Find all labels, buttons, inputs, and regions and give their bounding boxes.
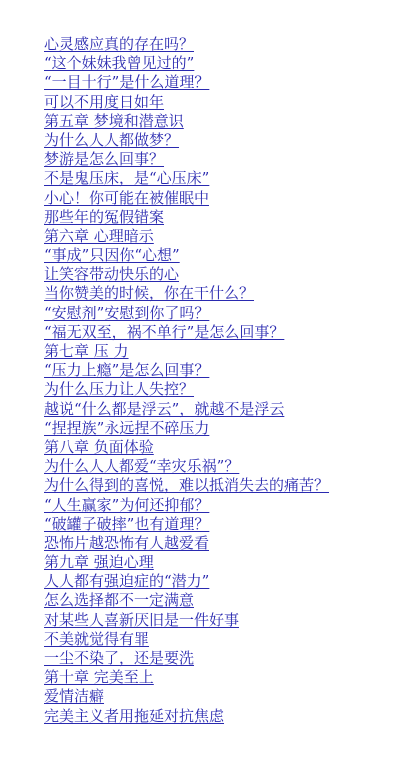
toc-section-item: 为什么人人都爱“幸灾乐祸”？	[44, 457, 329, 476]
toc-section-item: “捏捏族”永远捏不碎压力	[44, 419, 329, 438]
toc-section-item: 那些年的冤假错案	[44, 208, 329, 227]
toc-chapter-item: 第八章 负面体验	[44, 438, 329, 457]
section-link[interactable]: 小心！你可能在被催眠中	[44, 189, 209, 207]
section-link[interactable]: 不美就觉得有罪	[44, 630, 149, 648]
section-link[interactable]: 怎么选择都不一定满意	[44, 591, 194, 609]
chapter-link[interactable]: 第九章 强迫心理	[44, 553, 154, 571]
toc-section-item: 不是鬼压床，是“心压床”	[44, 169, 329, 188]
toc-section-item: 为什么得到的喜悦，难以抵消失去的痛苦？	[44, 476, 329, 495]
section-link[interactable]: 为什么得到的喜悦，难以抵消失去的痛苦？	[44, 476, 329, 494]
section-link[interactable]: “福无双至，祸不单行”是怎么回事？	[44, 323, 284, 341]
toc-section-item: “安慰剂”安慰到你了吗？	[44, 304, 329, 323]
section-link[interactable]: 心灵感应真的存在吗？	[44, 35, 194, 53]
toc-section-item: 让笑容带动快乐的心	[44, 265, 329, 284]
toc-chapter-item: 第十章 完美至上	[44, 668, 329, 687]
toc-chapter-item: 第五章 梦境和潜意识	[44, 112, 329, 131]
toc-section-item: 恐怖片越恐怖有人越爱看	[44, 534, 329, 553]
toc-section-item: 越说“什么都是浮云”，就越不是浮云	[44, 400, 329, 419]
section-link[interactable]: 为什么人人都做梦？	[44, 131, 179, 149]
toc-section-item: 小心！你可能在被催眠中	[44, 189, 329, 208]
section-link[interactable]: “事成”只因你“心想”	[44, 246, 180, 264]
section-link[interactable]: 越说“什么都是浮云”，就越不是浮云	[44, 400, 284, 418]
section-link[interactable]: “破罐子破摔”也有道理？	[44, 515, 209, 533]
toc-section-item: “压力上瘾”是怎么回事？	[44, 361, 329, 380]
toc-section-item: 一尘不染了，还是要洗	[44, 649, 329, 668]
section-link[interactable]: “捏捏族”永远捏不碎压力	[44, 419, 209, 437]
toc-section-item: 怎么选择都不一定满意	[44, 591, 329, 610]
section-link[interactable]: 为什么人人都爱“幸灾乐祸”？	[44, 457, 239, 475]
section-link[interactable]: 那些年的冤假错案	[44, 208, 164, 226]
section-link[interactable]: 让笑容带动快乐的心	[44, 265, 179, 283]
section-link[interactable]: “人生赢家”为何还抑郁？	[44, 496, 209, 514]
toc-section-item: 可以不用度日如年	[44, 93, 329, 112]
section-link[interactable]: 梦游是怎么回事？	[44, 150, 164, 168]
toc-section-item: 人人都有强迫症的“潜力”	[44, 572, 329, 591]
section-link[interactable]: 不是鬼压床，是“心压床”	[44, 169, 209, 187]
section-link[interactable]: 一尘不染了，还是要洗	[44, 649, 194, 667]
section-link[interactable]: “一目十行”是什么道理？	[44, 73, 209, 91]
chapter-link[interactable]: 第七章 压 力	[44, 342, 129, 360]
chapter-link[interactable]: 第十章 完美至上	[44, 668, 154, 686]
table-of-contents: 心灵感应真的存在吗？“这个妹妹我曾见过的”“一目十行”是什么道理？可以不用度日如…	[44, 35, 329, 726]
toc-section-item: 爱情洁癖	[44, 687, 329, 706]
section-link[interactable]: 可以不用度日如年	[44, 93, 164, 111]
toc-section-item: “一目十行”是什么道理？	[44, 73, 329, 92]
toc-section-item: 为什么人人都做梦？	[44, 131, 329, 150]
section-link[interactable]: “这个妹妹我曾见过的”	[44, 54, 194, 72]
toc-section-item: “人生赢家”为何还抑郁？	[44, 496, 329, 515]
section-link[interactable]: 人人都有强迫症的“潜力”	[44, 572, 209, 590]
toc-chapter-item: 第九章 强迫心理	[44, 553, 329, 572]
toc-chapter-item: 第六章 心理暗示	[44, 227, 329, 246]
toc-section-item: 完美主义者用拖延对抗焦虑	[44, 707, 329, 726]
section-link[interactable]: 对某些人喜新厌旧是一件好事	[44, 611, 239, 629]
section-link[interactable]: 当你赞美的时候，你在干什么？	[44, 284, 254, 302]
chapter-link[interactable]: 第八章 负面体验	[44, 438, 154, 456]
toc-section-item: 对某些人喜新厌旧是一件好事	[44, 611, 329, 630]
section-link[interactable]: 为什么压力让人失控？	[44, 380, 194, 398]
toc-section-item: 梦游是怎么回事？	[44, 150, 329, 169]
chapter-link[interactable]: 第六章 心理暗示	[44, 227, 154, 245]
section-link[interactable]: “压力上瘾”是怎么回事？	[44, 361, 209, 379]
toc-section-item: “破罐子破摔”也有道理？	[44, 515, 329, 534]
toc-section-item: 当你赞美的时候，你在干什么？	[44, 284, 329, 303]
toc-section-item: “这个妹妹我曾见过的”	[44, 54, 329, 73]
section-link[interactable]: 完美主义者用拖延对抗焦虑	[44, 707, 224, 725]
section-link[interactable]: 恐怖片越恐怖有人越爱看	[44, 534, 209, 552]
section-link[interactable]: “安慰剂”安慰到你了吗？	[44, 304, 209, 322]
toc-chapter-item: 第七章 压 力	[44, 342, 329, 361]
toc-section-item: 不美就觉得有罪	[44, 630, 329, 649]
toc-section-item: “事成”只因你“心想”	[44, 246, 329, 265]
section-link[interactable]: 爱情洁癖	[44, 687, 104, 705]
toc-section-item: 心灵感应真的存在吗？	[44, 35, 329, 54]
toc-section-item: “福无双至，祸不单行”是怎么回事？	[44, 323, 329, 342]
toc-section-item: 为什么压力让人失控？	[44, 380, 329, 399]
chapter-link[interactable]: 第五章 梦境和潜意识	[44, 112, 184, 130]
